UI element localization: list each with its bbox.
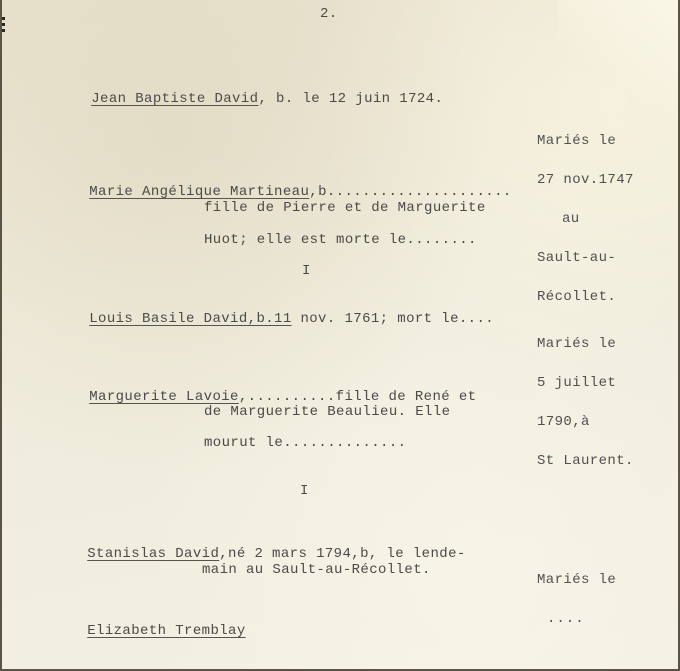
marriage-note-line: Sault-au-: [537, 252, 634, 265]
entry-continuation: fille de Pierre et de Marguerite: [204, 200, 486, 216]
entry-elizabeth-tremblay: Elizabeth Tremblay: [52, 607, 246, 655]
marriage-note-line: 1790,à: [537, 416, 634, 429]
marriage-note-line: au: [537, 213, 634, 226]
entry-jean-baptiste-david: Jean Baptiste David, b. le 12 juin 1724.: [56, 75, 443, 123]
entry-details: ,né 2 mars 1794,b, le lende-: [219, 546, 465, 562]
person-name: Stanislas David: [87, 546, 219, 562]
entry-continuation: de Marguerite Beaulieu. Elle: [204, 404, 450, 420]
marriage-note-line: St Laurent.: [537, 455, 634, 468]
entry-details: , b. le 12 juin 1724.: [258, 91, 443, 107]
entry-details: ,..........fille de René et: [239, 389, 477, 405]
marriage-note-line: Récollet.: [537, 291, 634, 304]
person-name: Marguerite Lavoie: [89, 389, 239, 405]
marriage-note-2: Mariés le 5 juillet 1790,à St Laurent.: [537, 312, 634, 494]
person-name: Marie Angélique Martineau: [89, 184, 309, 200]
typewritten-page: 2. Jean Baptiste David, b. le 12 juin 17…: [2, 0, 678, 669]
marriage-note-line: ....: [537, 613, 616, 626]
generation-separator: I: [302, 263, 311, 279]
generation-separator: I: [300, 483, 309, 499]
entry-continuation: Huot; elle est morte le........: [204, 232, 477, 248]
entry-details: nov. 1761; mort le....: [292, 311, 494, 327]
entry-details: ,b.....................: [309, 184, 511, 200]
marriage-note-3: Mariés le ....: [537, 548, 616, 652]
marriage-note-line: Mariés le: [537, 338, 634, 351]
page-number: 2.: [320, 6, 338, 22]
marriage-note-line: 5 juillet: [537, 377, 634, 390]
entry-continuation: mourut le..............: [204, 435, 406, 451]
entry-continuation: main au Sault-au-Récollet.: [202, 562, 431, 578]
person-name: Elizabeth Tremblay: [87, 623, 245, 639]
entry-louis-basile-david: Louis Basile David,b.11 nov. 1761; mort …: [54, 295, 494, 343]
marriage-note-line: 27 nov.1747: [537, 174, 634, 187]
marriage-note-line: Mariés le: [537, 574, 616, 587]
person-name: Jean Baptiste David: [91, 91, 258, 107]
marriage-note-1: Mariés le 27 nov.1747 au Sault-au- Récol…: [537, 109, 634, 330]
binding-edge-mark: [2, 17, 5, 33]
marriage-note-line: Mariés le: [537, 135, 634, 148]
person-name: Louis Basile David,b.11: [89, 311, 291, 327]
